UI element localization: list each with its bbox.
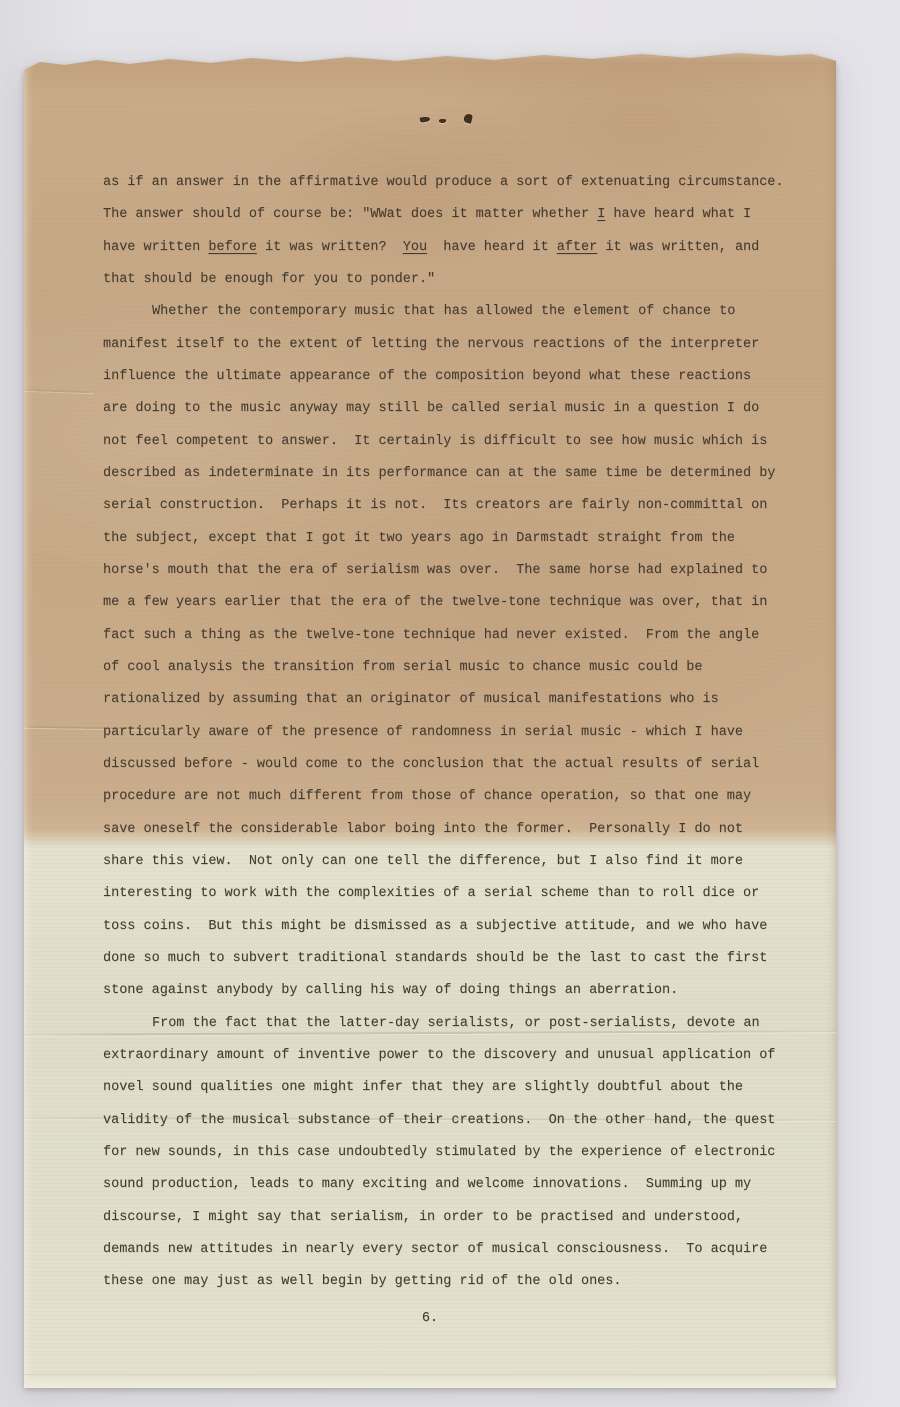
- text-line: demands new attitudes in nearly every se…: [103, 1234, 799, 1266]
- text-line: manifest itself to the extent of letting…: [103, 329, 799, 361]
- text-line: discourse, I might say that serialism, i…: [103, 1202, 799, 1234]
- text-segment: have written: [103, 240, 208, 255]
- edge-crease: [24, 389, 94, 393]
- text-line: share this view. Not only can one tell t…: [103, 846, 799, 878]
- text-segment: discourse, I might say that serialism, i…: [103, 1210, 743, 1225]
- text-line: that should be enough for you to ponder.…: [103, 264, 799, 296]
- text-line: validity of the musical substance of the…: [103, 1105, 799, 1137]
- text-line: these one may just as well begin by gett…: [103, 1266, 799, 1298]
- text-line: have written before it was written? You …: [103, 232, 799, 264]
- text-segment: extraordinary amount of inventive power …: [103, 1048, 775, 1063]
- text-segment: have heard what I: [605, 207, 751, 222]
- text-line: me a few years earlier that the era of t…: [103, 587, 799, 619]
- text-line: not feel competent to answer. It certain…: [103, 426, 799, 458]
- puncture-mark: [463, 113, 473, 124]
- text-segment: the subject, except that I got it two ye…: [103, 531, 735, 546]
- underlined-text: after: [557, 240, 598, 255]
- text-line: particularly aware of the presence of ra…: [103, 717, 799, 749]
- scanner-background: as if an answer in the affirmative would…: [0, 0, 900, 1407]
- text-line: described as indeterminate in its perfor…: [103, 458, 799, 490]
- text-line: toss coins. But this might be dismissed …: [103, 911, 799, 943]
- text-segment: manifest itself to the extent of letting…: [103, 337, 759, 352]
- text-line: The answer should of course be: "WWat do…: [103, 199, 799, 231]
- text-segment: that should be enough for you to ponder.…: [103, 272, 435, 287]
- text-line: extraordinary amount of inventive power …: [103, 1040, 799, 1072]
- text-segment: The answer should of course be: "WWat do…: [103, 207, 597, 222]
- text-line: From the fact that the latter-day serial…: [103, 1008, 799, 1040]
- text-segment: horse's mouth that the era of serialism …: [103, 563, 767, 578]
- text-line: are doing to the music anyway may still …: [103, 393, 799, 425]
- text-segment: have heard it: [427, 240, 557, 255]
- text-segment: save oneself the considerable labor boin…: [103, 822, 743, 837]
- scanned-page: as if an answer in the affirmative would…: [24, 52, 836, 1388]
- text-segment: of cool analysis the transition from ser…: [103, 660, 703, 675]
- text-line: procedure are not much different from th…: [103, 781, 799, 813]
- text-line: influence the ultimate appearance of the…: [103, 361, 799, 393]
- text-line: fact such a thing as the twelve-tone tec…: [103, 620, 799, 652]
- text-segment: stone against anybody by calling his way…: [103, 983, 678, 998]
- page-number: 6.: [24, 1311, 836, 1326]
- text-segment: rationalized by assuming that an origina…: [103, 692, 719, 707]
- text-segment: fact such a thing as the twelve-tone tec…: [103, 628, 759, 643]
- text-segment: procedure are not much different from th…: [103, 789, 751, 804]
- text-line: as if an answer in the affirmative would…: [103, 167, 799, 199]
- text-segment: me a few years earlier that the era of t…: [103, 595, 767, 610]
- text-line: of cool analysis the transition from ser…: [103, 652, 799, 684]
- text-segment: done so much to subvert traditional stan…: [103, 951, 767, 966]
- puncture-mark: [439, 119, 446, 124]
- underlined-text: You: [403, 240, 427, 255]
- text-segment: for new sounds, in this case undoubtedly…: [103, 1145, 775, 1160]
- text-segment: sound production, leads to many exciting…: [103, 1177, 751, 1192]
- text-segment: interesting to work with the complexitie…: [103, 886, 759, 901]
- puncture-mark: [420, 116, 431, 122]
- text-line: rationalized by assuming that an origina…: [103, 684, 799, 716]
- text-segment: discussed before - would come to the con…: [103, 757, 759, 772]
- text-segment: toss coins. But this might be dismissed …: [103, 919, 767, 934]
- text-segment: demands new attitudes in nearly every se…: [103, 1242, 767, 1257]
- text-line: for new sounds, in this case undoubtedly…: [103, 1137, 799, 1169]
- paper-bottom-edge: [24, 1374, 836, 1388]
- text-segment: it was written, and: [597, 240, 759, 255]
- text-segment: these one may just as well begin by gett…: [103, 1274, 621, 1289]
- text-segment: described as indeterminate in its perfor…: [103, 466, 775, 481]
- text-line: done so much to subvert traditional stan…: [103, 943, 799, 975]
- text-segment: influence the ultimate appearance of the…: [103, 369, 751, 384]
- text-segment: particularly aware of the presence of ra…: [103, 725, 743, 740]
- text-line: novel sound qualities one might infer th…: [103, 1072, 799, 1104]
- puncture-marks: [418, 110, 488, 126]
- text-segment: are doing to the music anyway may still …: [103, 401, 759, 416]
- text-segment: novel sound qualities one might infer th…: [103, 1080, 743, 1095]
- text-segment: From the fact that the latter-day serial…: [152, 1016, 760, 1031]
- text-line: the subject, except that I got it two ye…: [103, 523, 799, 555]
- text-segment: serial construction. Perhaps it is not. …: [103, 498, 767, 513]
- text-line: serial construction. Perhaps it is not. …: [103, 490, 799, 522]
- text-segment: Whether the contemporary music that has …: [152, 304, 735, 319]
- text-segment: as if an answer in the affirmative would…: [103, 175, 784, 190]
- text-line: horse's mouth that the era of serialism …: [103, 555, 799, 587]
- paper-sheet: as if an answer in the affirmative would…: [24, 52, 836, 1388]
- underlined-text: before: [208, 240, 257, 255]
- text-segment: it was written?: [257, 240, 403, 255]
- text-line: Whether the contemporary music that has …: [103, 296, 799, 328]
- text-line: stone against anybody by calling his way…: [103, 975, 799, 1007]
- text-segment: not feel competent to answer. It certain…: [103, 434, 767, 449]
- text-line: interesting to work with the complexitie…: [103, 878, 799, 910]
- text-line: discussed before - would come to the con…: [103, 749, 799, 781]
- document-lines: as if an answer in the affirmative would…: [103, 167, 799, 1298]
- text-line: sound production, leads to many exciting…: [103, 1169, 799, 1201]
- text-line: save oneself the considerable labor boin…: [103, 814, 799, 846]
- text-segment: share this view. Not only can one tell t…: [103, 854, 743, 869]
- text-segment: validity of the musical substance of the…: [103, 1113, 775, 1128]
